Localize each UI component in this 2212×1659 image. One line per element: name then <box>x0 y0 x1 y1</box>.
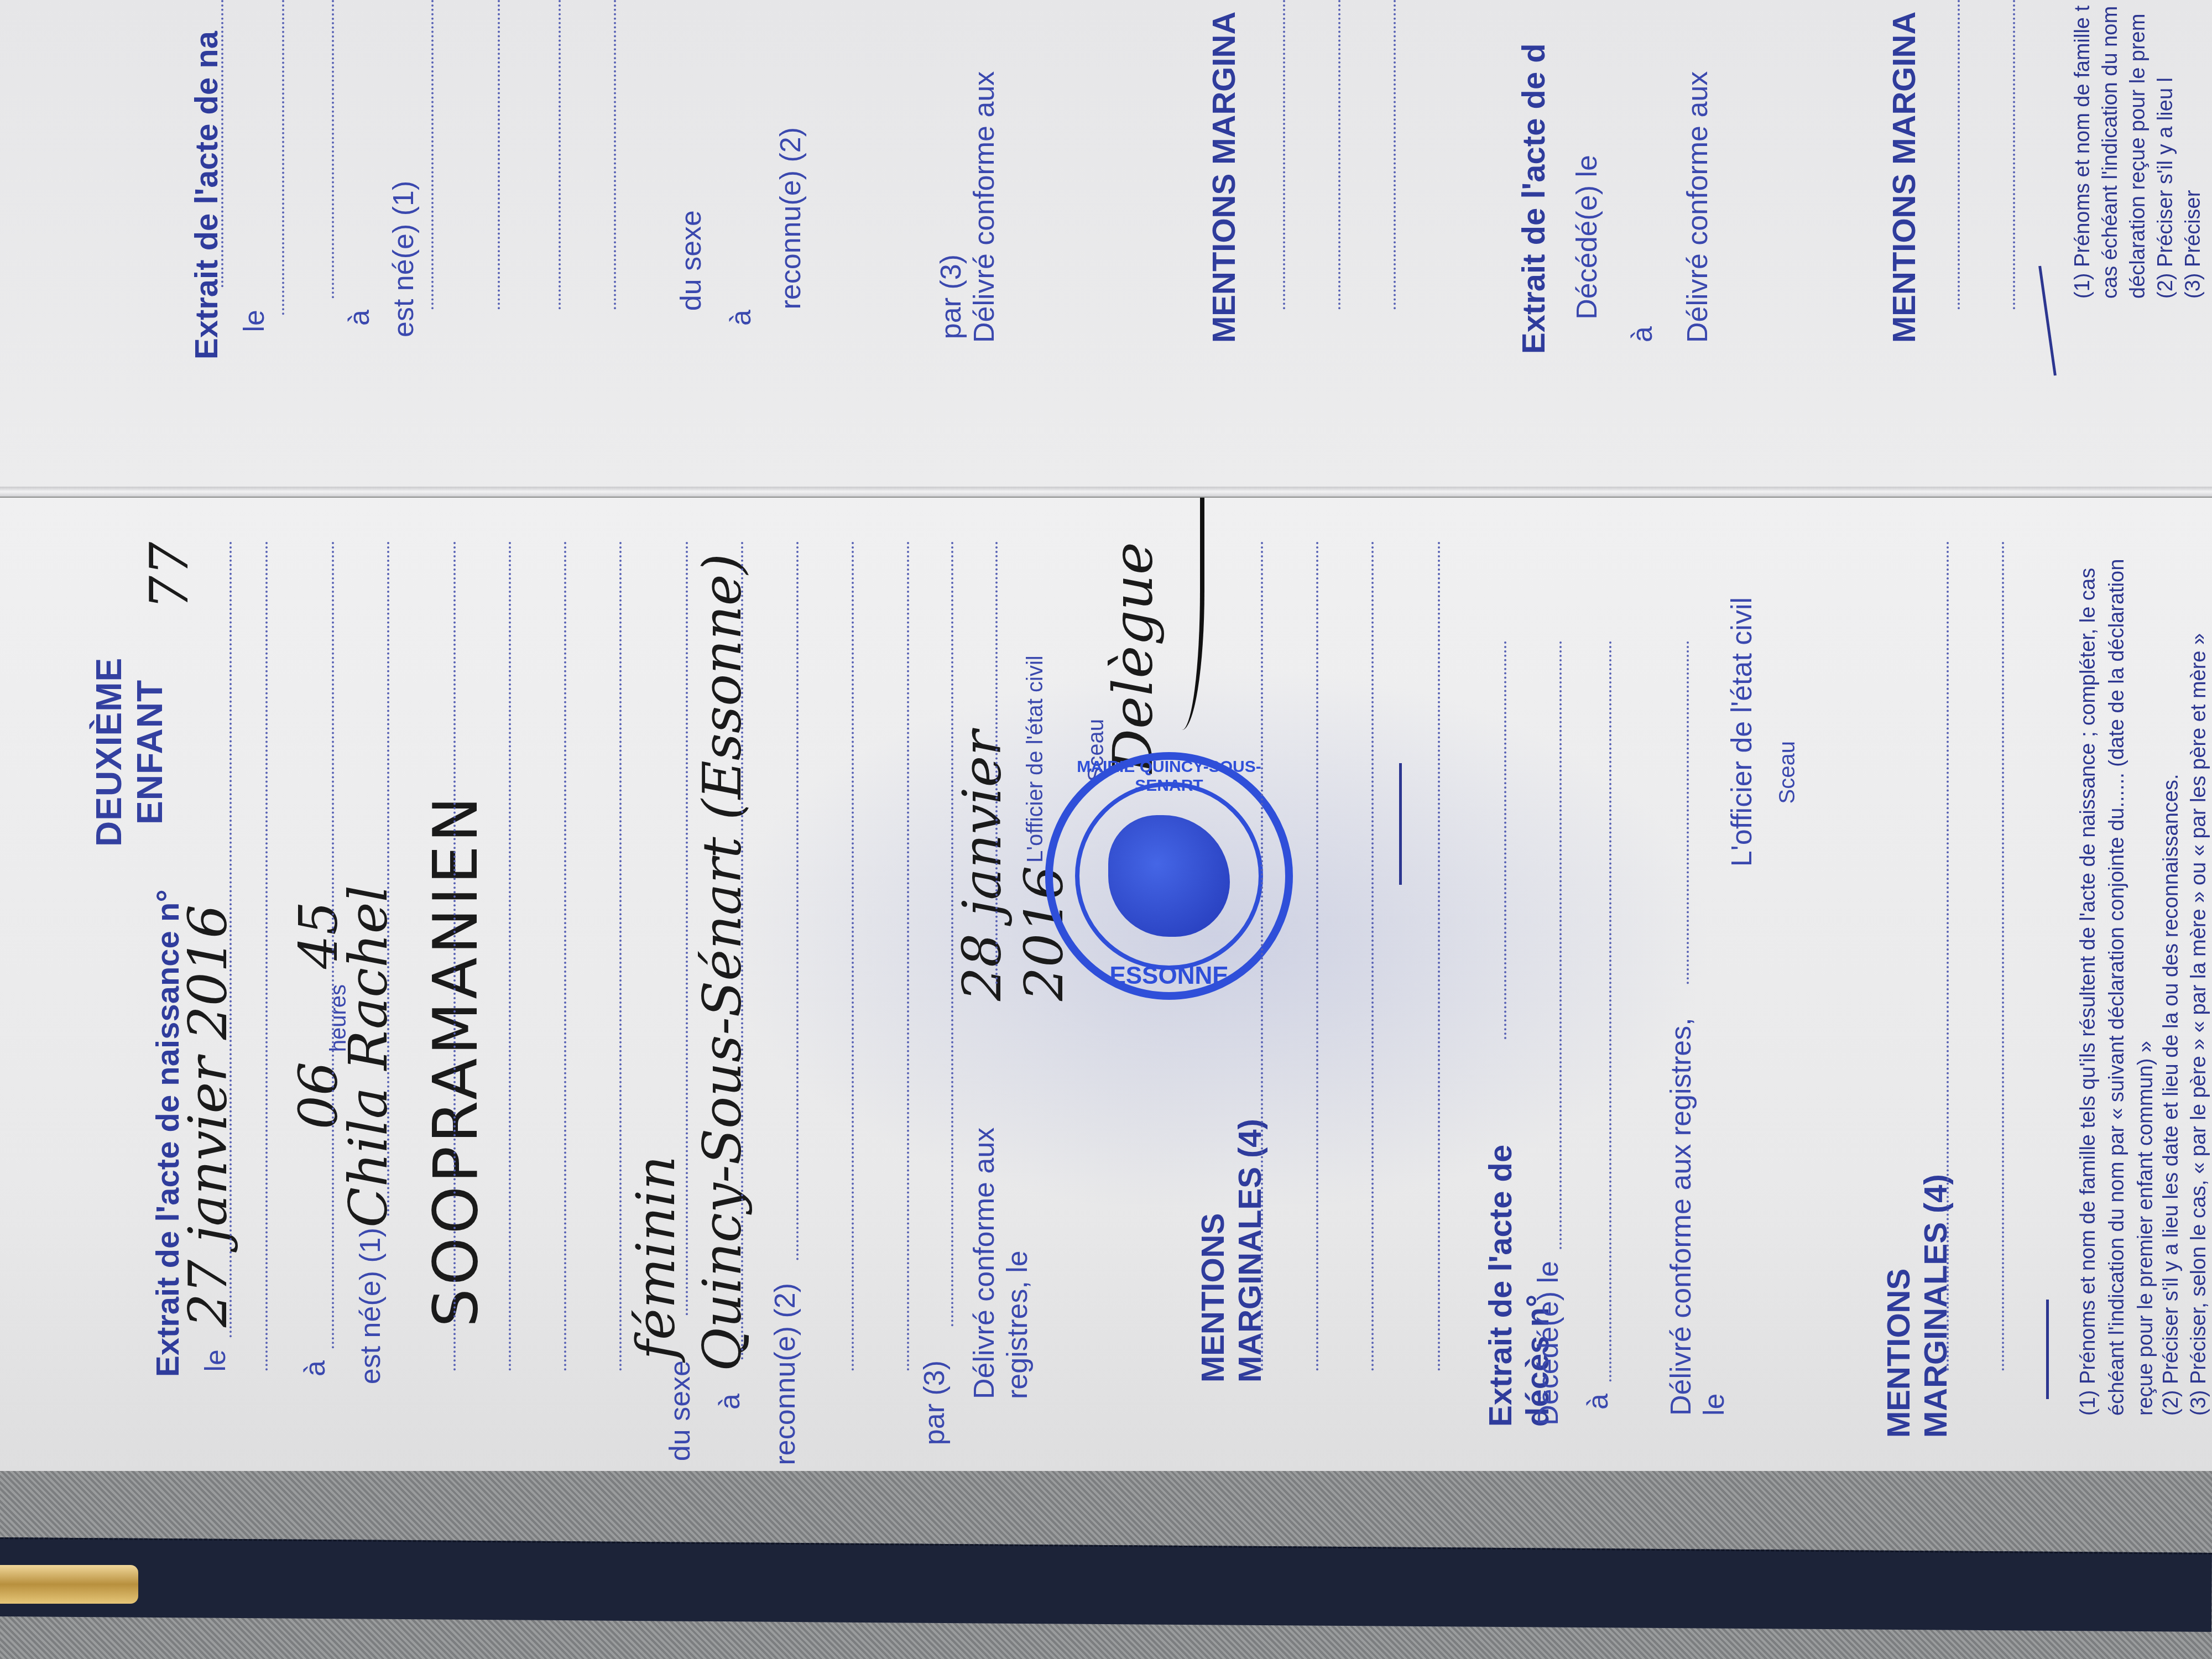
officer-label: L'officier de l'état civil <box>1023 553 1048 863</box>
officer-signature-name: Delègue <box>1100 542 1165 773</box>
birth-place: Quincy-Sous-Sénart (Essonne) <box>691 498 753 1371</box>
mentions-marginales-title: MENTIONS MARGINALES (4) <box>1194 995 1269 1383</box>
est-ne-label: est né(e) (1) <box>354 1228 387 1384</box>
par-label: par (3) <box>918 1360 951 1445</box>
delivre-date: 28 janvier 2016 <box>951 641 1075 1001</box>
du-sexe-label: du sexe <box>675 210 708 311</box>
decede-label: Décédé(e) le <box>1571 155 1604 320</box>
par-label: par (3) <box>935 254 968 339</box>
right-page-content: Extrait de l'acte de na le à est né(e) (… <box>0 0 2212 487</box>
a-label: à <box>299 1360 332 1376</box>
footnote-line: (1) Prénoms et nom de famille t <box>2068 0 2097 299</box>
delivre-label: Délivré conforme aux <box>968 0 1001 343</box>
a2-label: à <box>724 310 758 326</box>
left-page-content: DEUXIÈME ENFANT Extrait de l'acte de nai… <box>0 498 2212 1471</box>
du-sexe-label: du sexe <box>664 1360 697 1461</box>
footnote-line: (3) Préciser <box>2179 0 2208 299</box>
decede-label: Décédé(e) le <box>1532 1261 1565 1426</box>
death-sceau-label: Sceau <box>1775 741 1800 804</box>
separator-rule <box>1399 763 1402 885</box>
death-a-label: à <box>1582 1394 1615 1410</box>
mairie-stamp: MAIRIE QUINCY-SOUS-SENART ESSONNE <box>1045 752 1293 1000</box>
le-label: le <box>238 310 271 332</box>
a2-label: à <box>713 1394 747 1410</box>
sexe-value: féminin <box>625 1156 687 1359</box>
reconnu-label: reconnu(e) (2) <box>774 127 807 309</box>
footnote-line: déclaration reçue pour le prem <box>2124 0 2152 299</box>
death-officer-label: L'officier de l'état civil <box>1725 597 1759 867</box>
mentions-marginales-title: MENTIONS MARGINA <box>1206 0 1243 343</box>
mentions-marginales-title-2: MENTIONS MARGINA <box>1886 0 1923 343</box>
act-number: 77 <box>138 542 200 609</box>
booklet-cover <box>0 1537 2212 1632</box>
a-label: à <box>1626 326 1659 342</box>
footnote-3: (3) Préciser, selon le cas, « par le pèr… <box>2184 520 2212 1416</box>
birth-extract-title: Extrait de l'acte de na <box>188 0 225 359</box>
death-delivre-label: Délivré conforme aux registres, le <box>1665 995 1731 1416</box>
le-label: le <box>199 1349 232 1371</box>
mentions-marginales-title-2: MENTIONS MARGINALES (4) <box>1880 1051 1954 1438</box>
footnote-rule <box>2046 1300 2049 1399</box>
est-ne-label: est né(e) (1) <box>387 138 420 337</box>
footnote-2: (2) Préciser s'il y a lieu les date et l… <box>2157 520 2185 1416</box>
a-label: à <box>343 310 376 326</box>
page-gutter <box>0 487 2212 497</box>
delivre-label: Délivré conforme aux <box>1681 0 1714 343</box>
section-heading: DEUXIÈME ENFANT <box>88 597 170 907</box>
reconnu-label: reconnu(e) (2) <box>769 1283 802 1465</box>
stamp-top-text: MAIRIE QUINCY-SOUS-SENART <box>1053 758 1285 795</box>
death-extract-title: Extrait de l'acte de d <box>1515 0 1552 354</box>
surname: SOOPRAMANIEN <box>420 830 491 1327</box>
first-names: Chila Rachel <box>337 841 399 1228</box>
cover-clasp <box>0 1565 138 1604</box>
footnote-line: cas échéant l'indication du nom <box>2096 0 2125 299</box>
delivre-label: Délivré conforme aux registres, le <box>968 1023 1034 1399</box>
footnote-line: (2) Préciser s'il y a lieu l <box>2151 0 2180 299</box>
stamp-bottom-text: ESSONNE <box>1053 962 1285 990</box>
